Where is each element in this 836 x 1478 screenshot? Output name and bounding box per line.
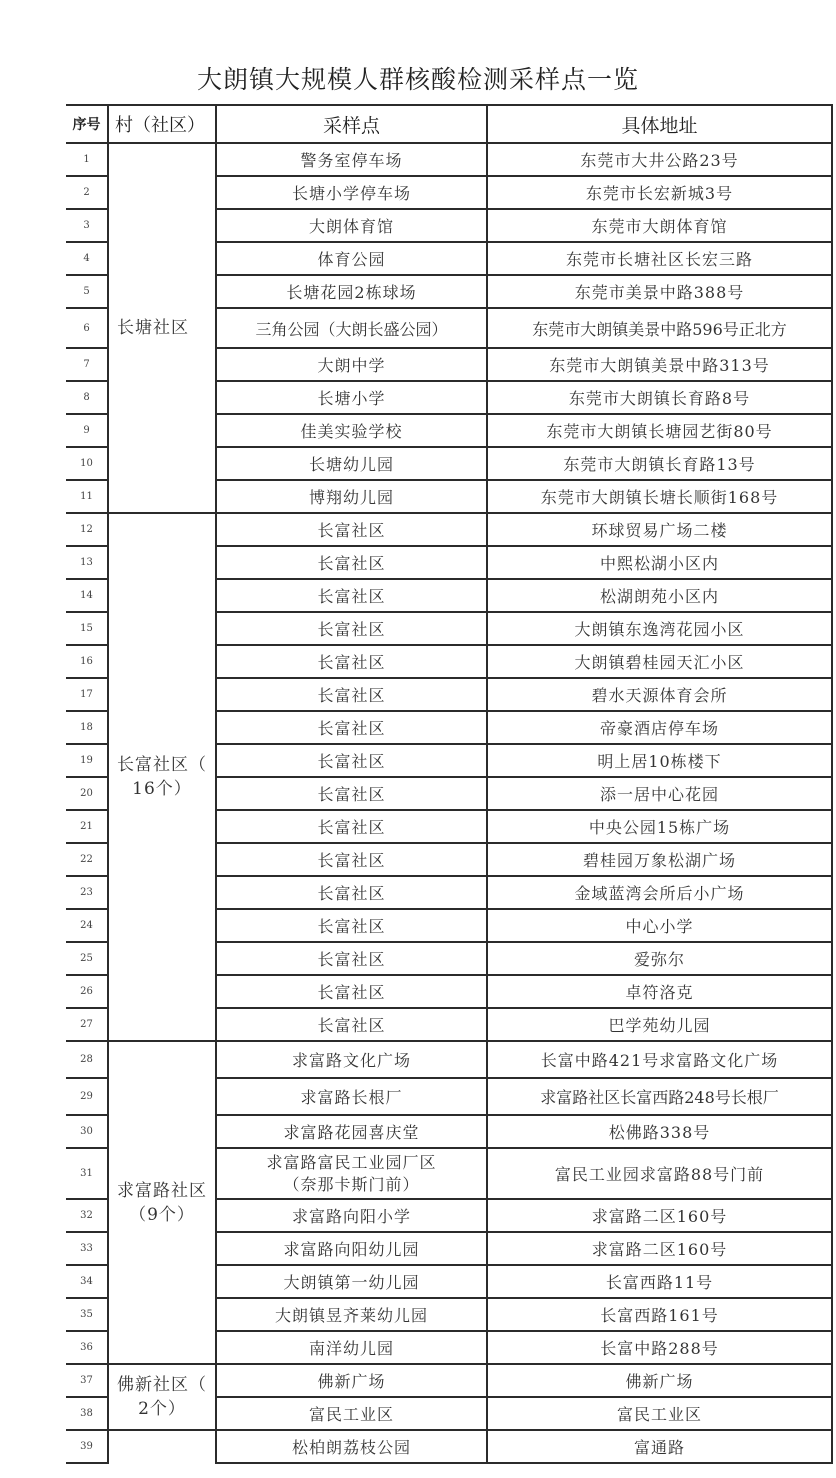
address-cell: 富民工业区 <box>487 1397 832 1430</box>
row-index: 8 <box>66 381 108 414</box>
site-cell: 求富路向阳幼儿园 <box>216 1232 487 1265</box>
row-index: 9 <box>66 414 108 447</box>
address-cell: 佛新广场 <box>487 1364 832 1397</box>
row-index: 23 <box>66 876 108 909</box>
village-label-line1: 长富社区（ <box>117 755 207 775</box>
site-cell: 三角公园（大朗长盛公园） <box>216 308 487 348</box>
row-index: 13 <box>66 546 108 579</box>
site-cell: 松柏朗荔枝公园 <box>216 1430 487 1463</box>
site-cell: 大朗中学 <box>216 348 487 381</box>
row-index: 29 <box>66 1078 108 1115</box>
address-cell: 环球贸易广场二楼 <box>487 513 832 546</box>
row-index: 22 <box>66 843 108 876</box>
address-cell: 松佛路338号 <box>487 1115 832 1148</box>
address-cell: 求富路二区160号 <box>487 1232 832 1265</box>
site-cell: 长富社区 <box>216 1008 487 1041</box>
site-cell: 长塘小学停车场 <box>216 176 487 209</box>
site-cell: 长富社区 <box>216 909 487 942</box>
site-cell: 大朗体育馆 <box>216 209 487 242</box>
row-index: 15 <box>66 612 108 645</box>
site-cell: 长富社区 <box>216 546 487 579</box>
site-cell: 长塘花园2栋球场 <box>216 275 487 308</box>
table-row: 1 长塘社区 警务室停车场 东莞市大井公路23号 <box>66 143 832 176</box>
row-index: 39 <box>66 1430 108 1463</box>
site-cell: 警务室停车场 <box>216 143 487 176</box>
site-cell: 大朗镇昱齐莱幼儿园 <box>216 1298 487 1331</box>
row-index: 25 <box>66 942 108 975</box>
table-header-row: 序号 村（社区） 采样点 具体地址 <box>66 105 832 143</box>
address-cell: 添一居中心花园 <box>487 777 832 810</box>
address-cell: 东莞市大井公路23号 <box>487 143 832 176</box>
address-cell: 卓符洛克 <box>487 975 832 1008</box>
village-label-line1: 佛新社区（ <box>117 1375 207 1395</box>
row-index: 32 <box>66 1199 108 1232</box>
site-cell: 长富社区 <box>216 579 487 612</box>
address-cell: 中心小学 <box>487 909 832 942</box>
row-index: 24 <box>66 909 108 942</box>
address-cell: 东莞市长宏新城3号 <box>487 176 832 209</box>
address-cell: 大朗镇碧桂园天汇小区 <box>487 645 832 678</box>
row-index: 19 <box>66 744 108 777</box>
site-cell: 长富社区 <box>216 513 487 546</box>
row-index: 16 <box>66 645 108 678</box>
site-cell: 求富路花园喜庆堂 <box>216 1115 487 1148</box>
row-index: 31 <box>66 1148 108 1199</box>
row-index: 2 <box>66 176 108 209</box>
site-cell: 长富社区 <box>216 777 487 810</box>
address-cell: 东莞市大朗镇美景中路596号正北方 <box>487 308 832 348</box>
site-cell: 大朗镇第一幼儿园 <box>216 1265 487 1298</box>
village-label: 长塘社区 <box>117 318 189 338</box>
header-address: 具体地址 <box>487 105 832 143</box>
village-cell-qiufulu: 求富路社区 （9个） <box>108 1041 216 1364</box>
row-index: 21 <box>66 810 108 843</box>
address-cell: 碧桂园万象松湖广场 <box>487 843 832 876</box>
site-cell: 求富路向阳小学 <box>216 1199 487 1232</box>
site-cell: 富民工业区 <box>216 1397 487 1430</box>
address-cell: 求富路社区长富西路248号长根厂 <box>487 1078 832 1115</box>
address-cell: 东莞市大朗镇长育路13号 <box>487 447 832 480</box>
site-cell: 长富社区 <box>216 744 487 777</box>
address-cell: 长富西路161号 <box>487 1298 832 1331</box>
site-cell: 佳美实验学校 <box>216 414 487 447</box>
address-cell: 中央公园15栋广场 <box>487 810 832 843</box>
address-cell: 东莞市大朗镇长塘长顺街168号 <box>487 480 832 513</box>
village-cell-changtang: 长塘社区 <box>108 143 216 513</box>
row-index: 17 <box>66 678 108 711</box>
address-cell: 东莞市美景中路388号 <box>487 275 832 308</box>
address-cell: 帝豪酒店停车场 <box>487 711 832 744</box>
site-cell: 佛新广场 <box>216 1364 487 1397</box>
address-cell: 长富西路11号 <box>487 1265 832 1298</box>
site-cell: 长富社区 <box>216 810 487 843</box>
row-index: 35 <box>66 1298 108 1331</box>
row-index: 27 <box>66 1008 108 1041</box>
row-index: 26 <box>66 975 108 1008</box>
address-cell: 东莞市大朗镇长育路8号 <box>487 381 832 414</box>
row-index: 37 <box>66 1364 108 1397</box>
village-label-line2: 16个） <box>132 779 192 799</box>
row-index: 14 <box>66 579 108 612</box>
site-cell: 长富社区 <box>216 876 487 909</box>
village-label-line2: （9个） <box>129 1205 195 1225</box>
row-index: 1 <box>66 143 108 176</box>
site-cell: 长富社区 <box>216 645 487 678</box>
header-index: 序号 <box>66 105 108 143</box>
row-index: 30 <box>66 1115 108 1148</box>
sampling-sites-table: 序号 村（社区） 采样点 具体地址 1 长塘社区 警务室停车场 东莞市大井公路2… <box>66 104 833 1464</box>
site-cell: 体育公园 <box>216 242 487 275</box>
row-index: 3 <box>66 209 108 242</box>
village-label-line2: 2个） <box>138 1399 186 1419</box>
site-cell: 长富社区 <box>216 612 487 645</box>
address-cell: 爱弥尔 <box>487 942 832 975</box>
row-index: 18 <box>66 711 108 744</box>
village-cell-changfu: 长富社区（ 16个） <box>108 513 216 1041</box>
site-cell: 长富社区 <box>216 942 487 975</box>
row-index: 20 <box>66 777 108 810</box>
row-index: 28 <box>66 1041 108 1078</box>
row-index: 10 <box>66 447 108 480</box>
address-cell: 富通路 <box>487 1430 832 1463</box>
site-cell: 长塘小学 <box>216 381 487 414</box>
address-cell: 明上居10栋楼下 <box>487 744 832 777</box>
row-index: 33 <box>66 1232 108 1265</box>
address-cell: 东莞市大朗镇美景中路313号 <box>487 348 832 381</box>
address-cell: 求富路二区160号 <box>487 1199 832 1232</box>
site-cell: 求富路长根厂 <box>216 1078 487 1115</box>
row-index: 7 <box>66 348 108 381</box>
table-row: 37 佛新社区（ 2个） 佛新广场 佛新广场 <box>66 1364 832 1397</box>
village-cell-foxin: 佛新社区（ 2个） <box>108 1364 216 1430</box>
row-index: 6 <box>66 308 108 348</box>
address-cell: 富民工业园求富路88号门前 <box>487 1148 832 1199</box>
village-label-line1: 求富路社区 <box>117 1181 207 1201</box>
site-line2: （奈那卡斯门前） <box>219 1174 484 1196</box>
address-cell: 金域蓝湾会所后小广场 <box>487 876 832 909</box>
address-cell: 大朗镇东逸湾花园小区 <box>487 612 832 645</box>
address-cell: 碧水天源体育会所 <box>487 678 832 711</box>
address-cell: 松湖朗苑小区内 <box>487 579 832 612</box>
row-index: 12 <box>66 513 108 546</box>
row-index: 11 <box>66 480 108 513</box>
site-cell: 南洋幼儿园 <box>216 1331 487 1364</box>
site-cell: 长富社区 <box>216 678 487 711</box>
row-index: 38 <box>66 1397 108 1430</box>
site-cell: 博翔幼儿园 <box>216 480 487 513</box>
address-cell: 东莞市大朗镇长塘园艺街80号 <box>487 414 832 447</box>
address-cell: 东莞市长塘社区长宏三路 <box>487 242 832 275</box>
address-cell: 东莞市大朗体育馆 <box>487 209 832 242</box>
site-cell: 长塘幼儿园 <box>216 447 487 480</box>
table-row: 12 长富社区（ 16个） 长富社区 环球贸易广场二楼 <box>66 513 832 546</box>
site-line1: 求富路富民工业园厂区 <box>219 1152 484 1174</box>
site-cell: 长富社区 <box>216 975 487 1008</box>
address-cell: 巴学苑幼儿园 <box>487 1008 832 1041</box>
village-cell-empty <box>108 1430 216 1463</box>
row-index: 36 <box>66 1331 108 1364</box>
row-index: 5 <box>66 275 108 308</box>
table-row: 28 求富路社区 （9个） 求富路文化广场 长富中路421号求富路文化广场 <box>66 1041 832 1078</box>
address-cell: 中熙松湖小区内 <box>487 546 832 579</box>
header-site: 采样点 <box>216 105 487 143</box>
site-cell: 求富路富民工业园厂区 （奈那卡斯门前） <box>216 1148 487 1199</box>
row-index: 34 <box>66 1265 108 1298</box>
table-row: 39 松柏朗荔枝公园 富通路 <box>66 1430 832 1463</box>
page-title: 大朗镇大规模人群核酸检测采样点一览 <box>0 60 836 96</box>
address-cell: 长富中路421号求富路文化广场 <box>487 1041 832 1078</box>
site-cell: 长富社区 <box>216 711 487 744</box>
header-village: 村（社区） <box>108 105 216 143</box>
site-cell: 求富路文化广场 <box>216 1041 487 1078</box>
site-cell: 长富社区 <box>216 843 487 876</box>
row-index: 4 <box>66 242 108 275</box>
address-cell: 长富中路288号 <box>487 1331 832 1364</box>
